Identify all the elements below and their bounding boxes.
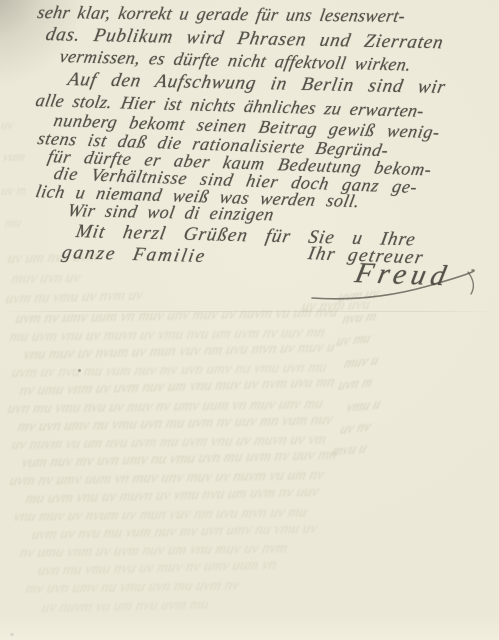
- bottom-light-band: [0, 614, 499, 640]
- bleed-line: vum: [2, 150, 27, 163]
- bleed-line: uvm nu vmu uv nvm uv: [4, 288, 144, 307]
- bleed-line: uvm nv umv uum vn muv unv muv uv nuvm vu…: [14, 305, 339, 327]
- bleed-line: muv uvn uv: [10, 271, 82, 287]
- bleed-line: uv nv: [338, 420, 373, 438]
- paper-speck: [78, 369, 81, 372]
- bleed-line: uv m: [0, 183, 28, 197]
- bleed-line: muv u: [342, 354, 380, 372]
- hw-line: sehr klar, korrekt u gerade für uns lese…: [36, 3, 407, 27]
- bleed-line: vmu u: [344, 398, 382, 416]
- bleed-line: mu: [4, 216, 23, 229]
- bleed-line: uv: [0, 117, 15, 131]
- bleed-line: uvn mu vmu nvu uv muv nv umv uum vn: [36, 558, 278, 579]
- fold-crease: [0, 311, 499, 312]
- bleed-line: nvu m: [340, 310, 378, 328]
- hw-line: ganze Familie: [60, 243, 208, 268]
- letter-page: uvvumuv mmuuv um nvu uvmmuv uvn uvuvm nu…: [0, 0, 499, 640]
- signature-text: Freud: [352, 257, 454, 293]
- bleed-line: mu uvm vnu uv muvn uv vmu nvu um uvm nv …: [24, 485, 320, 507]
- bleed-line: mvu u: [330, 442, 368, 460]
- bleed-line: uv mu: [334, 332, 372, 350]
- bleed-line: uvn m: [336, 376, 374, 394]
- bleed-line: mv uvn umv nu vmu uvn mu uvm nv: [24, 578, 241, 597]
